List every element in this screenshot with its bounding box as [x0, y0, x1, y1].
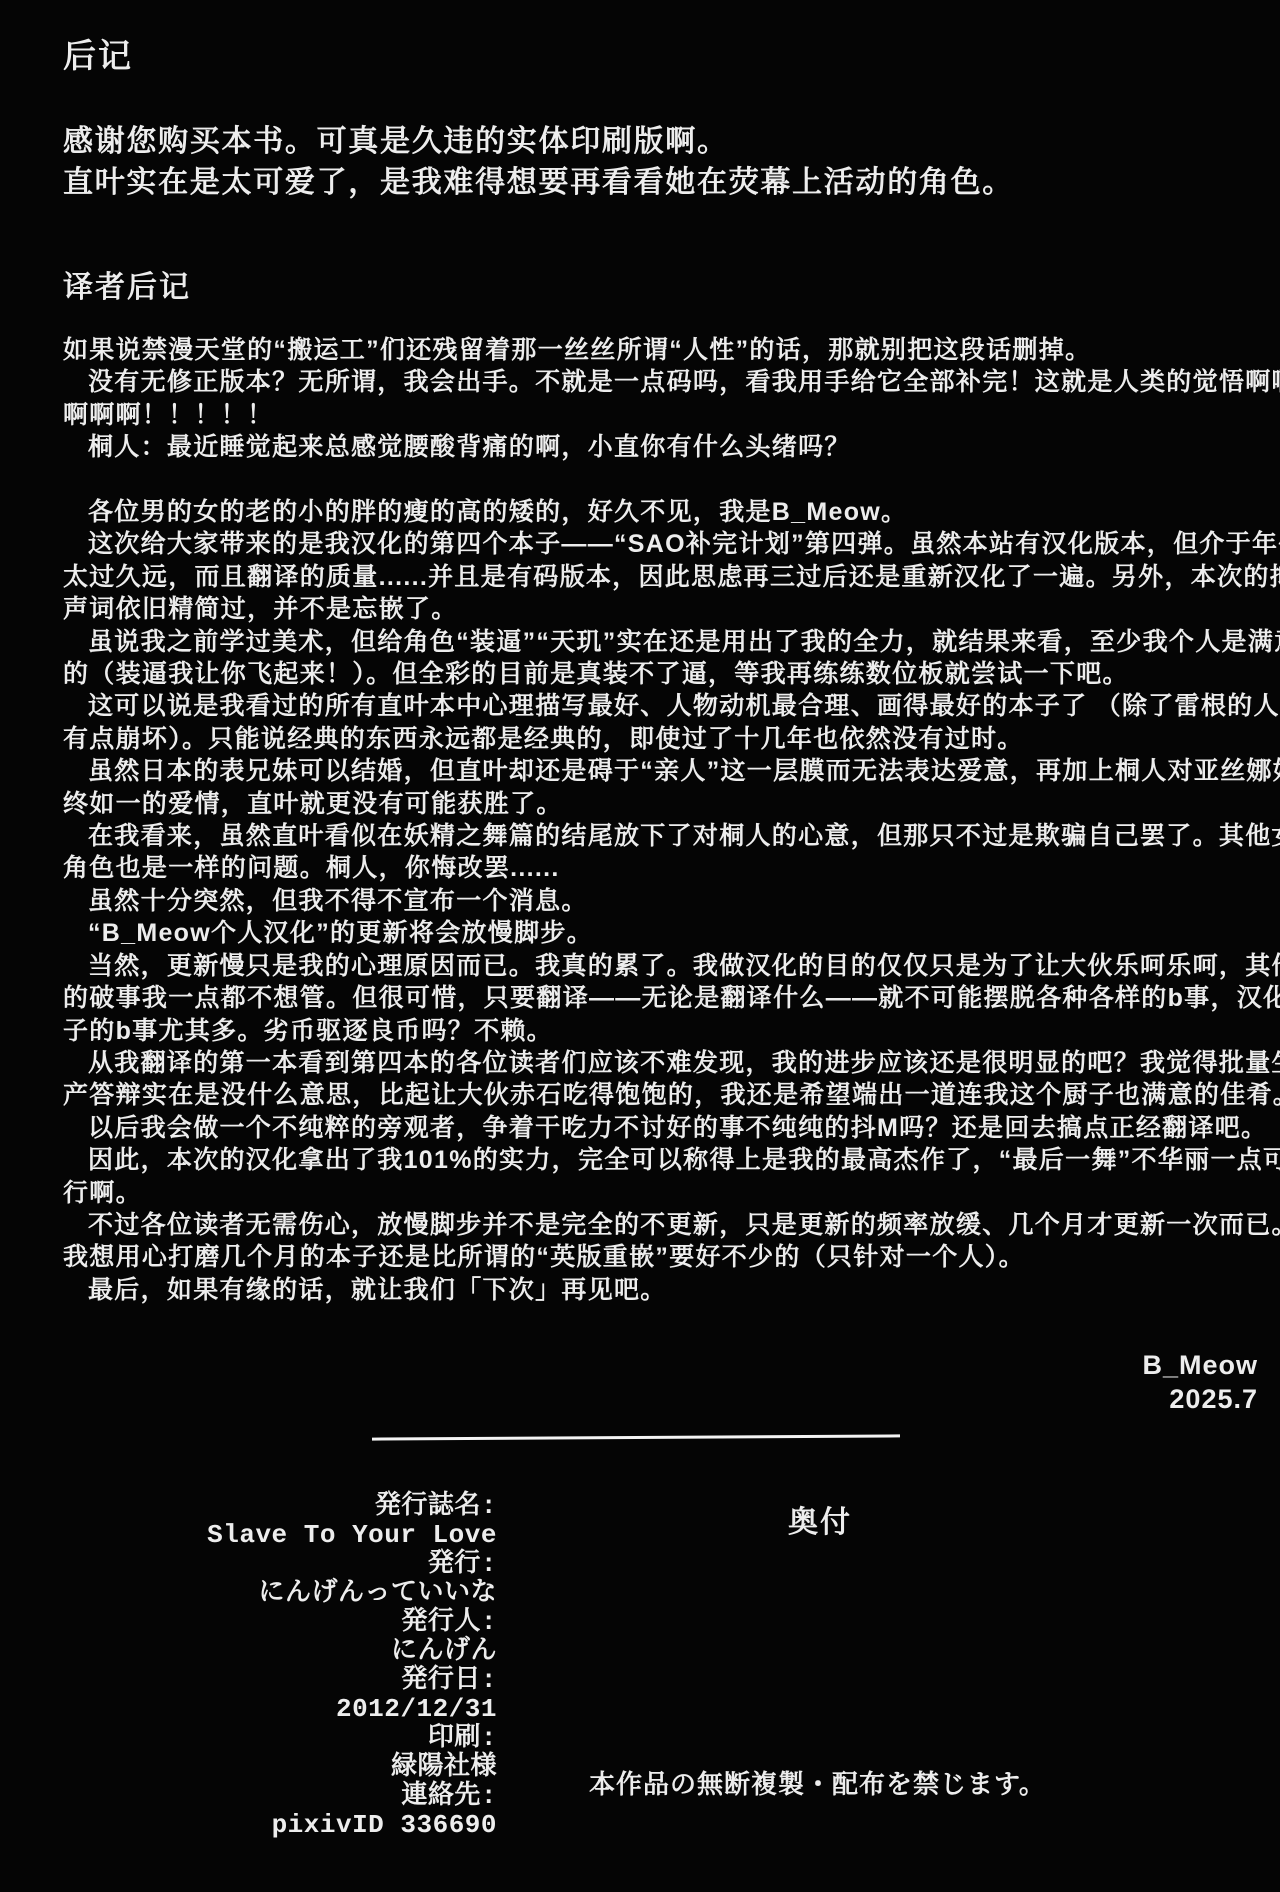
body-line: 不过各位读者无需伤心，放慢脚步并不是完全的不更新，只是更新的频率放缓、几个月才更…	[63, 1209, 1238, 1241]
body-line: 产答辩实在是没什么意思，比起让大伙赤石吃得饱饱的，我还是希望端出一道连我这个厨子…	[63, 1079, 1238, 1111]
body-line: 我想用心打磨几个月的本子还是比所谓的“英版重嵌”要好不少的（只针对一个人）。	[63, 1241, 1238, 1273]
intro-line: 感谢您购买本书。可真是久违的实体印刷版啊。	[63, 121, 1223, 162]
translator-afterword-title: 译者后记	[63, 262, 191, 306]
afterword-title: 后记	[63, 30, 133, 77]
body-line: 各位男的女的老的小的胖的瘦的高的矮的，好久不见，我是B_Meow。	[63, 496, 1238, 528]
body-line: 最后，如果有缘的话，就让我们「下次」再见吧。	[63, 1274, 1238, 1306]
body-line: 啊啊啊！！！！！	[63, 399, 1238, 431]
body-line: 在我看来，虽然直叶看似在妖精之舞篇的结尾放下了对桐人的心意，但那只不过是欺骗自己…	[63, 820, 1238, 852]
body-line: 有点崩坏）。只能说经典的东西永远都是经典的，即使过了十几年也依然没有过时。	[63, 723, 1238, 755]
body-line: 从我翻译的第一本看到第四本的各位读者们应该不难发现，我的进步应该还是很明显的吧？…	[63, 1047, 1238, 1079]
body-line: 因此，本次的汉化拿出了我101%的实力，完全可以称得上是我的最高杰作了，“最后一…	[63, 1144, 1238, 1176]
signature-block: B_Meow 2025.7	[1142, 1348, 1258, 1416]
colophon-row: 発行誌名:	[0, 1492, 497, 1521]
signature-name: B_Meow	[1142, 1348, 1258, 1382]
colophon-row: にんげんっていいな	[0, 1579, 497, 1608]
body-line: 行啊。	[63, 1177, 1238, 1209]
divider-line	[372, 1434, 900, 1440]
body-line: 终如一的爱情，直叶就更没有可能获胜了。	[63, 788, 1238, 820]
body-line: 虽然日本的表兄妹可以结婚，但直叶却还是碍于“亲人”这一层膜而无法表达爱意，再加上…	[63, 755, 1238, 787]
colophon: 発行誌名: Slave To Your Love 発行: にんげんっていいな 発…	[0, 1492, 497, 1840]
body-line: 当然，更新慢只是我的心理原因而已。我真的累了。我做汉化的目的仅仅只是为了让大伙乐…	[63, 950, 1238, 982]
paragraph-spacer	[63, 464, 1238, 496]
body-line: 以后我会做一个不纯粹的旁观者，争着干吃力不讨好的事不纯纯的抖M吗？还是回去搞点正…	[63, 1112, 1238, 1144]
colophon-row: 連絡先:	[0, 1782, 497, 1811]
okuduke-label: 奥付	[788, 1497, 852, 1541]
colophon-row: 発行:	[0, 1550, 497, 1579]
body-line: “B_Meow个人汉化”的更新将会放慢脚步。	[63, 917, 1238, 949]
body-line: 虽说我之前学过美术，但给角色“装逼”“天玑”实在还是用出了我的全力，就结果来看，…	[63, 626, 1238, 658]
body-line: 子的b事尤其多。劣币驱逐良币吗？不赖。	[63, 1015, 1238, 1047]
body-line: 如果说禁漫天堂的“搬运工”们还残留着那一丝丝所谓“人性”的话，那就别把这段话删掉…	[63, 334, 1238, 366]
afterword-intro: 感谢您购买本书。可真是久违的实体印刷版啊。 直叶实在是太可爱了，是我难得想要再看…	[63, 121, 1223, 203]
colophon-row: にんげん	[0, 1637, 497, 1666]
colophon-row: 発行人:	[0, 1608, 497, 1637]
translator-afterword-body: 如果说禁漫天堂的“搬运工”们还残留着那一丝丝所谓“人性”的话，那就别把这段话删掉…	[63, 334, 1238, 1306]
colophon-row: pixivID 336690	[0, 1811, 497, 1840]
body-line: 这次给大家带来的是我汉化的第四个本子——“SAO补完计划”第四弹。虽然本站有汉化…	[63, 528, 1238, 560]
intro-line: 直叶实在是太可爱了，是我难得想要再看看她在荧幕上活动的角色。	[63, 162, 1223, 203]
body-line: 桐人：最近睡觉起来总感觉腰酸背痛的啊，小直你有什么头绪吗？	[63, 431, 1238, 463]
copyright-notice: 本作品の無断複製・配布を禁じます。	[589, 1764, 1046, 1801]
colophon-row: 緑陽社様	[0, 1753, 497, 1782]
body-line: 声词依旧精简过，并不是忘嵌了。	[63, 593, 1238, 625]
body-line: 这可以说是我看过的所有直叶本中心理描写最好、人物动机最合理、画得最好的本子了 （…	[63, 690, 1238, 722]
colophon-row: 発行日:	[0, 1666, 497, 1695]
body-line: 的破事我一点都不想管。但很可惜，只要翻译——无论是翻译什么——就不可能摆脱各种各…	[63, 982, 1238, 1014]
body-line: 角色也是一样的问题。桐人，你悔改罢......	[63, 852, 1238, 884]
colophon-row: 印刷:	[0, 1724, 497, 1753]
body-line: 太过久远，而且翻译的质量......并且是有码版本，因此思虑再三过后还是重新汉化…	[63, 561, 1238, 593]
body-line: 虽然十分突然，但我不得不宣布一个消息。	[63, 885, 1238, 917]
colophon-row: 2012/12/31	[0, 1695, 497, 1724]
body-line: 的（装逼我让你飞起来！）。但全彩的目前是真装不了逼，等我再练练数位板就尝试一下吧…	[63, 658, 1238, 690]
body-line: 没有无修正版本？无所谓，我会出手。不就是一点码吗，看我用手给它全部补完！这就是人…	[63, 366, 1238, 398]
afterword-page: 后记 感谢您购买本书。可真是久违的实体印刷版啊。 直叶实在是太可爱了，是我难得想…	[0, 0, 1280, 1892]
colophon-row: Slave To Your Love	[0, 1521, 497, 1550]
signature-date: 2025.7	[1142, 1382, 1258, 1416]
